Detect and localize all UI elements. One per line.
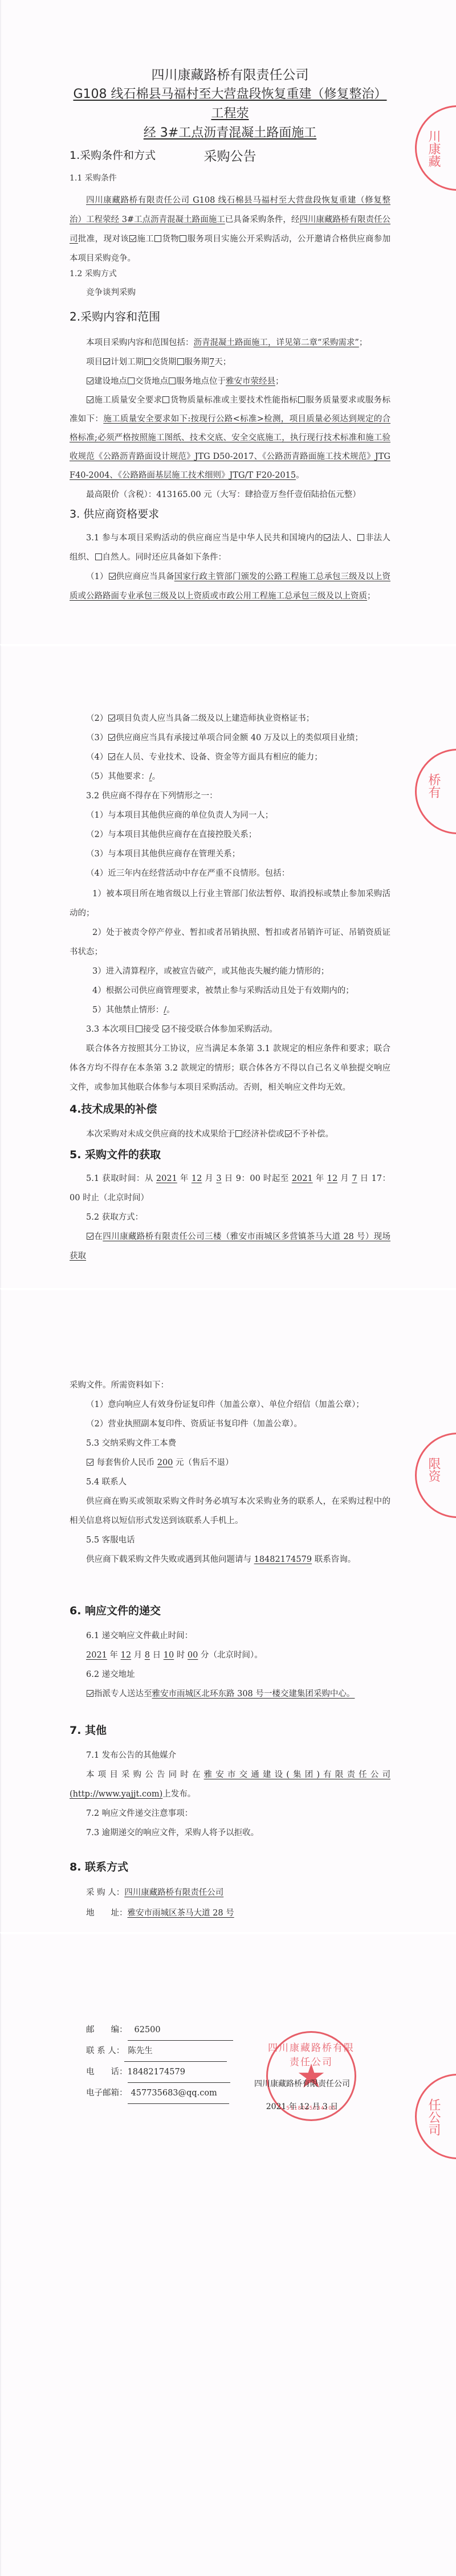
checkbox-checked-icon bbox=[87, 1233, 93, 1240]
checkbox-empty-icon bbox=[357, 534, 364, 541]
section-6-1-heading: 6.1 递交响应文件截止时间： bbox=[86, 1626, 390, 1646]
requirement-5: （5）其他要求：/。 bbox=[86, 767, 390, 786]
sub-exclusion-item: 1）被本项目所在地省级以上行业主管部门依法暂停、取消投标或禁止参加采购活动的； bbox=[70, 884, 390, 923]
exclusion-item: （2）与本项目其他供应商存在直接控股关系； bbox=[86, 825, 390, 844]
checkbox-checked-icon bbox=[108, 715, 115, 721]
checkbox-empty-icon bbox=[169, 378, 176, 384]
checkbox-empty-icon bbox=[298, 396, 305, 403]
perforation-seal-stamp: 川康藏 bbox=[415, 105, 456, 191]
requirement-2: （2）项目负责人应当具备二级及以上建造师执业资格证书； bbox=[86, 709, 390, 728]
requirements-2-5: （2）项目负责人应当具备二级及以上建造师执业资格证书； （3）供应商应当具有承接… bbox=[70, 709, 390, 806]
checkbox-empty-icon bbox=[136, 1026, 142, 1032]
quality-value: 施工质量安全要求如下:按现行公路<标准>检测，项目质量必须达到规定的合格标准;必… bbox=[70, 415, 390, 480]
checkbox-empty-icon bbox=[177, 358, 184, 365]
sub-exclusion-item: 5）其他禁止情形：/。 bbox=[70, 1000, 390, 1020]
section-7-1-heading: 7.1 发布公告的其他媒介 bbox=[70, 1746, 390, 1765]
company-title: 四川康藏路桥有限责任公司 bbox=[70, 65, 390, 85]
section-5-2-continued: 采购文件。所需资料如下： （1）意向响应人有效身份证复印件（加盖公章）、单位介绍… bbox=[70, 1376, 390, 1569]
checkbox-empty-icon bbox=[235, 1130, 242, 1137]
checkbox-empty-icon bbox=[144, 358, 151, 365]
section-6-heading: 6. 响应文件的递交 bbox=[70, 1603, 161, 1618]
hotline-number: 18482174579 bbox=[254, 1555, 312, 1564]
section-2-heading: 2.采购内容和范围 bbox=[70, 309, 160, 324]
scope-value: 沥青混凝土路面施工，详见第二章“采购需求” bbox=[194, 338, 359, 347]
sub-exclusion-item: 3）进入清算程序，或被宣告破产，或其他丧失履约能力情形的； bbox=[70, 962, 390, 981]
perforation-seal-stamp: 任公司 bbox=[415, 2074, 456, 2159]
signing-date: 2021 年 12 月 3 日 bbox=[245, 2095, 359, 2118]
checkbox-checked-icon bbox=[108, 734, 115, 741]
sub-exclusion-list: 1）被本项目所在地省级以上行业主管部门依法暂停、取消投标或禁止参加采购活动的； … bbox=[70, 884, 390, 1097]
contact-row-address: 地 址：雅安市雨城区茶马大道 28 号 bbox=[86, 1903, 390, 1923]
section-1-1-paragraph: 四川康藏路桥有限责任公司 G108 线石棉县马福村至大营盘段恢复重建（修复整治）… bbox=[70, 191, 390, 268]
media-paragraph: 本项目采购公告同时在雅安市交通建设(集团)有限责任公司(http://www.y… bbox=[70, 1765, 390, 1804]
requirement-1: （1）供应商应当具备国家行政主管部门颁发的公路工程施工总承包三级及以上资质或公路… bbox=[70, 567, 390, 606]
checkbox-empty-icon bbox=[95, 553, 102, 560]
requirement-4: （4）在人员、专业技术、设备、资金等方面具有相应的能力； bbox=[86, 748, 390, 767]
section-7-body: 7.1 发布公告的其他媒介 本项目采购公告同时在雅安市交通建设(集团)有限责任公… bbox=[70, 1746, 390, 1843]
exclusion-item: （4）近三年内在经营活动中存在严重不良情形。包括： bbox=[86, 864, 390, 883]
contact-table: 采 购 人：四川康藏路桥有限责任公司 地 址：雅安市雨城区茶马大道 28 号 bbox=[70, 1882, 390, 1923]
checkbox-checked-icon bbox=[108, 753, 115, 760]
checkbox-checked-icon bbox=[109, 573, 116, 580]
checkbox-checked-icon bbox=[87, 1459, 93, 1466]
section-3-heading: 3. 供应商资格要求 bbox=[70, 507, 159, 522]
location-line: 建设地点交货地点服务地点位于雅安市荥经县； bbox=[70, 372, 390, 391]
scope-line: 本项目采购内容和范围包括：沥青混凝土路面施工，详见第二章“采购需求”； bbox=[70, 333, 390, 352]
project-title-line-1: G108 线石棉县马福村至大营盘段恢复重建（修复整治）工程荥 bbox=[70, 85, 390, 124]
contact-paragraph: 供应商在购买或领取采购文件时务必填写本次采购业务的联系人，在采购过程中的相关信息… bbox=[70, 1492, 390, 1531]
required-doc-item: （1）意向响应人有效身份证复印件（加盖公章）、单位介绍信（加盖公章）； bbox=[70, 1395, 390, 1414]
section-4-body: 本次采购对未成交供应商的技术成果给于经济补偿或不予补偿。 bbox=[70, 1125, 390, 1144]
document-page-1: 川康藏 四川康藏路桥有限责任公司 G108 线石棉县马福村至大营盘段恢复重建（修… bbox=[0, 0, 456, 644]
requirement-3: （3）供应商应当具有承接过单项合同金额 40 万及以上的类似项目业绩； bbox=[86, 728, 390, 748]
checkbox-empty-icon bbox=[180, 235, 186, 242]
section-4-heading: 4.技术成果的补偿 bbox=[70, 1102, 157, 1117]
section-3-1-paragraph: 3.1 参与本项目采购活动的供应商应当是中华人民共和国境内的法人、非法人组织、自… bbox=[70, 528, 390, 567]
signature-block: 四川康藏路桥有限责任公司 2021 年 12 月 3 日 bbox=[245, 2073, 359, 2118]
document-page-4: 任公司 邮 编：62500 联 系 人：陈先生 电 话：18482174579 … bbox=[0, 1932, 456, 2576]
fee-amount: 200 bbox=[157, 1458, 173, 1467]
exclusion-list: （1）与本项目其他供应商的单位负责人为同一人； （2）与本项目其他供应商存在直接… bbox=[70, 806, 390, 883]
checkbox-empty-icon bbox=[154, 235, 161, 242]
section-3-2-heading: 3.2 供应商不得存在下列情形之一： bbox=[70, 786, 390, 806]
required-doc-item: （2）营业执照副本复印件、资质证书复印件（加盖公章）。 bbox=[70, 1414, 390, 1434]
submission-address: 指派专人送达至雅安市雨城区北环东路 308 号一楼交建集团采购中心。 bbox=[86, 1684, 390, 1704]
acquisition-location: 四川康藏路桥有限责任公司三楼（雅安市雨城区多营镇茶马大道 28 号）现场获取 bbox=[70, 1232, 390, 1261]
contact-row-postcode: 邮 编：62500 bbox=[86, 2020, 390, 2041]
fee-line: 每套售价人民币 200 元（售后不退） bbox=[70, 1453, 390, 1472]
section-2-body: 本项目采购内容和范围包括：沥青混凝土路面施工，详见第二章“采购需求”； 项目计划… bbox=[70, 333, 390, 504]
exclusion-item: （1）与本项目其他供应商的单位负责人为同一人； bbox=[86, 806, 390, 825]
acquisition-time: 5.1 获取时间：从 2021 年 12 月 3 日 9：00 时起至 2021… bbox=[70, 1169, 390, 1208]
document-page-3: 限资 采购文件。所需资料如下： （1）意向响应人有效身份证复印件（加盖公章）、单… bbox=[0, 1288, 456, 1932]
perforation-seal-stamp: 桥有 bbox=[415, 749, 456, 834]
section-7-heading: 7. 其他 bbox=[70, 1723, 107, 1738]
signing-company: 四川康藏路桥有限责任公司 bbox=[245, 2073, 359, 2095]
period-line: 项目计划工期交货期服务期7天； bbox=[70, 352, 390, 372]
sub-exclusion-item: 4）根据公司供应商管理要求，被禁止参与采购活动且处于有效期内的； bbox=[70, 981, 390, 1000]
section-5-4-heading: 5.4 联系人 bbox=[70, 1472, 390, 1492]
submission-deadline: 2021 年 12 月 8 日 10 时 00 分（北京时间）。 bbox=[86, 1646, 390, 1665]
checkbox-checked-icon bbox=[162, 1026, 169, 1032]
checkbox-checked-icon bbox=[87, 378, 93, 384]
project-title-line-2: 经 3#工点沥青混凝土路面施工 bbox=[70, 124, 390, 143]
contact-row-purchaser: 采 购 人：四川康藏路桥有限责任公司 bbox=[86, 1882, 390, 1903]
section-1-heading: 1.采购条件和方式 bbox=[70, 148, 156, 163]
subsection-1-2-heading: 1.2 采购方式 bbox=[70, 268, 117, 280]
exclusion-item: （3）与本项目其他供应商存在管理关系； bbox=[86, 844, 390, 864]
procurement-method: 竞争谈判采购 bbox=[70, 283, 136, 302]
price-ceiling: 最高限价（含税）：413165.00 元（大写：肆拾壹万叁仟壹佰陆拾伍元整） bbox=[70, 485, 390, 504]
checkbox-checked-icon bbox=[129, 235, 136, 242]
consortium-paragraph: 联合体各方按照其分工协议，应当满足本条第 3.1 款规定的相应条件和要求；联合体… bbox=[70, 1039, 390, 1097]
checkbox-empty-icon bbox=[128, 378, 135, 384]
section-8-heading: 8. 联系方式 bbox=[70, 1860, 128, 1874]
perforation-seal-stamp: 限资 bbox=[415, 1433, 456, 1518]
checkbox-checked-icon bbox=[324, 534, 331, 541]
section-3-1-body: 3.1 参与本项目采购活动的供应商应当是中华人民共和国境内的法人、非法人组织、自… bbox=[70, 528, 390, 606]
acquisition-method-heading: 5.2 获取方式： bbox=[70, 1208, 390, 1227]
section-7-3: 7.3 逾期递交的响应文件，采购人将予以拒收。 bbox=[70, 1823, 390, 1843]
section-6-2-heading: 6.2 递交地址 bbox=[86, 1665, 390, 1684]
section-5-5-heading: 5.5 客服电话 bbox=[70, 1531, 390, 1550]
period-days: 7 bbox=[209, 358, 214, 367]
hotline-line: 供应商下载采购文件失败或遇到其他问题请与 18482174579 联系咨询。 bbox=[70, 1550, 390, 1569]
checkbox-checked-icon bbox=[87, 1690, 93, 1697]
checkbox-checked-icon bbox=[87, 396, 93, 403]
checkbox-empty-icon bbox=[162, 396, 169, 403]
sub-exclusion-item: 2）处于被责令停产停业、暂扣或者吊销执照、暂扣或者吊销许可证、吊销资质证书状态； bbox=[70, 923, 390, 962]
quality-requirements: 施工质量安全要求货物质量标准或主要技术性能指标服务质量要求或服务标准如下：施工质… bbox=[70, 391, 390, 485]
section-5-1-body: 5.1 获取时间：从 2021 年 12 月 3 日 9：00 时起至 2021… bbox=[70, 1169, 390, 1266]
document-page-2: 桥有 （2）项目负责人应当具备二级及以上建造师执业资格证书； （3）供应商应当具… bbox=[0, 644, 456, 1288]
section-6-body: 6.1 递交响应文件截止时间： 2021 年 12 月 8 日 10 时 00 … bbox=[70, 1626, 390, 1704]
section-5-heading: 5. 采购文件的获取 bbox=[70, 1147, 161, 1162]
checkbox-checked-icon bbox=[103, 358, 110, 365]
section-7-2: 7.2 响应文件递交注意事项： bbox=[70, 1804, 390, 1823]
section-5-3-heading: 5.3 交纳采购文件工本费 bbox=[70, 1434, 390, 1453]
checkbox-checked-icon bbox=[285, 1130, 292, 1137]
location-value: 雅安市荥经县 bbox=[226, 377, 275, 386]
section-3-3: 3.3 本次项目接受 不接受联合体参加采购活动。 bbox=[70, 1020, 390, 1039]
subsection-1-1-heading: 1.1 采购条件 bbox=[70, 172, 117, 184]
acquisition-method: 在四川康藏路桥有限责任公司三楼（雅安市雨城区多营镇茶马大道 28 号）现场获取 bbox=[70, 1227, 390, 1266]
